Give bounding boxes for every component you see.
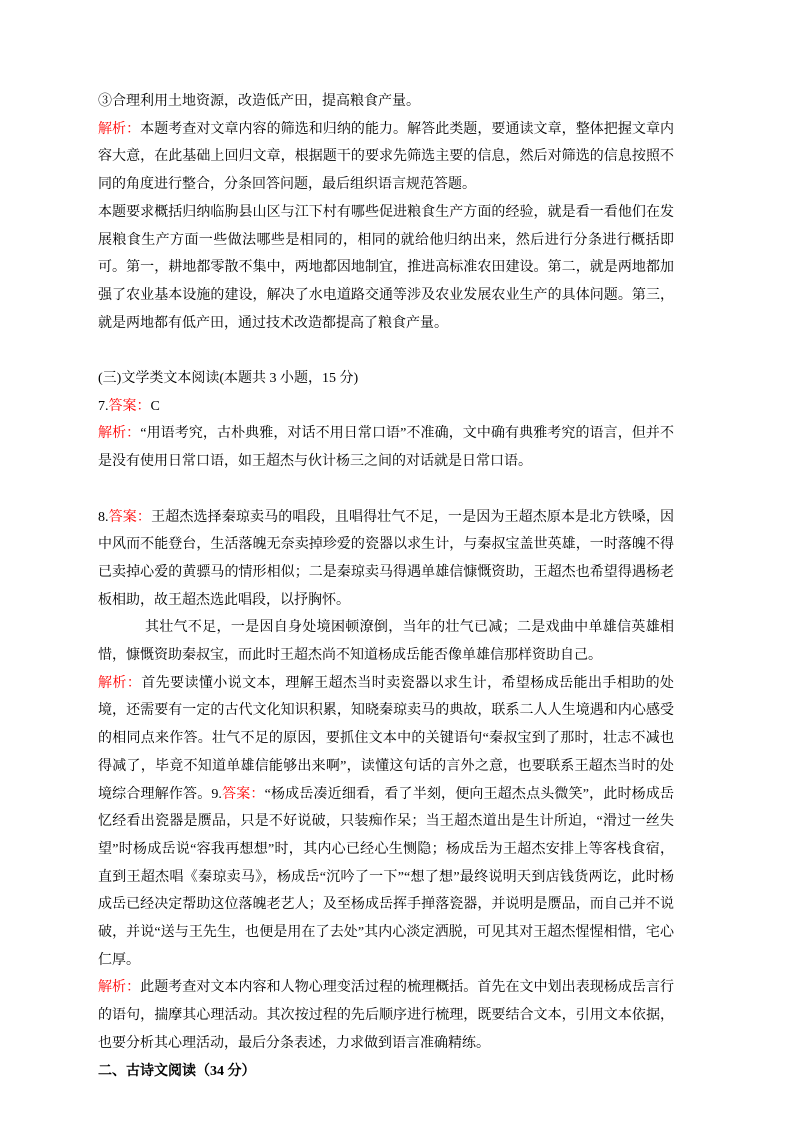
analysis-label: 解析： [98, 676, 141, 691]
analysis-label: 解析： [98, 980, 140, 995]
answer-8-continued: 其壮气不足，一是因自身处境困顿潦倒，当年的壮气已减；二是戏曲中单雄信英雄相惜，慷… [98, 614, 674, 669]
analysis-text: 本题要求概括归纳临朐县山区与江下村有哪些促进粮食生产方面的经验，就是看一看他们在… [98, 205, 674, 331]
question-number: 8. [98, 510, 109, 525]
analysis-paragraph-summary: 本题要求概括归纳临朐县山区与江下村有哪些促进粮食生产方面的经验，就是看一看他们在… [98, 199, 674, 338]
analysis-label: 解析： [98, 426, 140, 441]
answer-label: 答案： [109, 510, 152, 525]
analysis-text: 首先要读懂小说文本，理解王超杰当时卖瓷器以求生计，希望杨成岳能出手相助的处境，还… [98, 676, 674, 802]
answer-text: “杨成岳凑近细看，看了半刻，便向王超杰点头微笑”，此时杨成岳忆经看出瓷器是赝品，… [98, 787, 674, 968]
analysis-9: 解析：此题考查对文本内容和人物心理变活过程的梳理概括。首先在文中划出表现杨成岳言… [98, 974, 674, 1057]
section-heading-literary-reading: (三)文学类文本阅读(本题共 3 小题，15 分) [98, 365, 674, 393]
analysis-8-and-answer-9: 解析：首先要读懂小说文本，理解王超杰当时卖瓷器以求生计，希望杨成岳能出手相助的处… [98, 670, 674, 975]
answer-point-text: ③合理利用土地资源，改造低产田，提高粮食产量。 [98, 94, 420, 109]
answer-label: 答案： [109, 399, 151, 414]
document-content: ③合理利用土地资源，改造低产田，提高粮食产量。 解析：本题考查对文章内容的筛选和… [98, 88, 674, 1085]
analysis-paragraph-filtering: 解析：本题考查对文章内容的筛选和归纳的能力。解答此类题，要通读文章，整体把握文章… [98, 116, 674, 199]
analysis-text: 此题考查对文本内容和人物心理变活过程的梳理概括。首先在文中划出表现杨成岳言行的语… [98, 980, 674, 1050]
answer-7: 7.答案：C [98, 393, 674, 421]
analysis-7: 解析：“用语考究，古朴典雅，对话不用日常口语”不准确，文中确有典雅考究的语言，但… [98, 420, 674, 475]
answer-point-3: ③合理利用土地资源，改造低产田，提高粮食产量。 [98, 88, 674, 116]
section-heading-text: 二、古诗文阅读（34 分） [98, 1064, 256, 1079]
analysis-label: 解析： [98, 122, 140, 137]
section-heading-text: (三)文学类文本阅读(本题共 3 小题，15 分) [98, 371, 358, 386]
blank-line [98, 337, 674, 365]
answer-text: 其壮气不足，一是因自身处境困顿潦倒，当年的壮气已减；二是戏曲中单雄信英雄相惜，慷… [98, 620, 674, 663]
question-number: 9. [211, 787, 222, 802]
document-page: ③合理利用土地资源，改造低产田，提高粮食产量。 解析：本题考查对文章内容的筛选和… [0, 0, 794, 1123]
section-heading-classical-reading: 二、古诗文阅读（34 分） [98, 1058, 674, 1086]
answer-8: 8.答案：王超杰选择秦琼卖马的唱段，且唱得壮气不足，一是因为王超杰原本是北方铁嗓… [98, 504, 674, 615]
answer-text: 王超杰选择秦琼卖马的唱段，且唱得壮气不足，一是因为王超杰原本是北方铁嗓，因中风而… [98, 510, 674, 608]
analysis-text: 本题考查对文章内容的筛选和归纳的能力。解答此类题，要通读文章，整体把握文章内容大… [98, 122, 674, 192]
answer-text: C [151, 399, 160, 414]
answer-label: 答案： [222, 787, 265, 802]
question-number: 7. [98, 399, 109, 414]
analysis-text: “用语考究，古朴典雅，对话不用日常口语”不准确，文中确有典雅考究的语言，但并不是… [98, 426, 674, 469]
blank-line [98, 476, 674, 504]
